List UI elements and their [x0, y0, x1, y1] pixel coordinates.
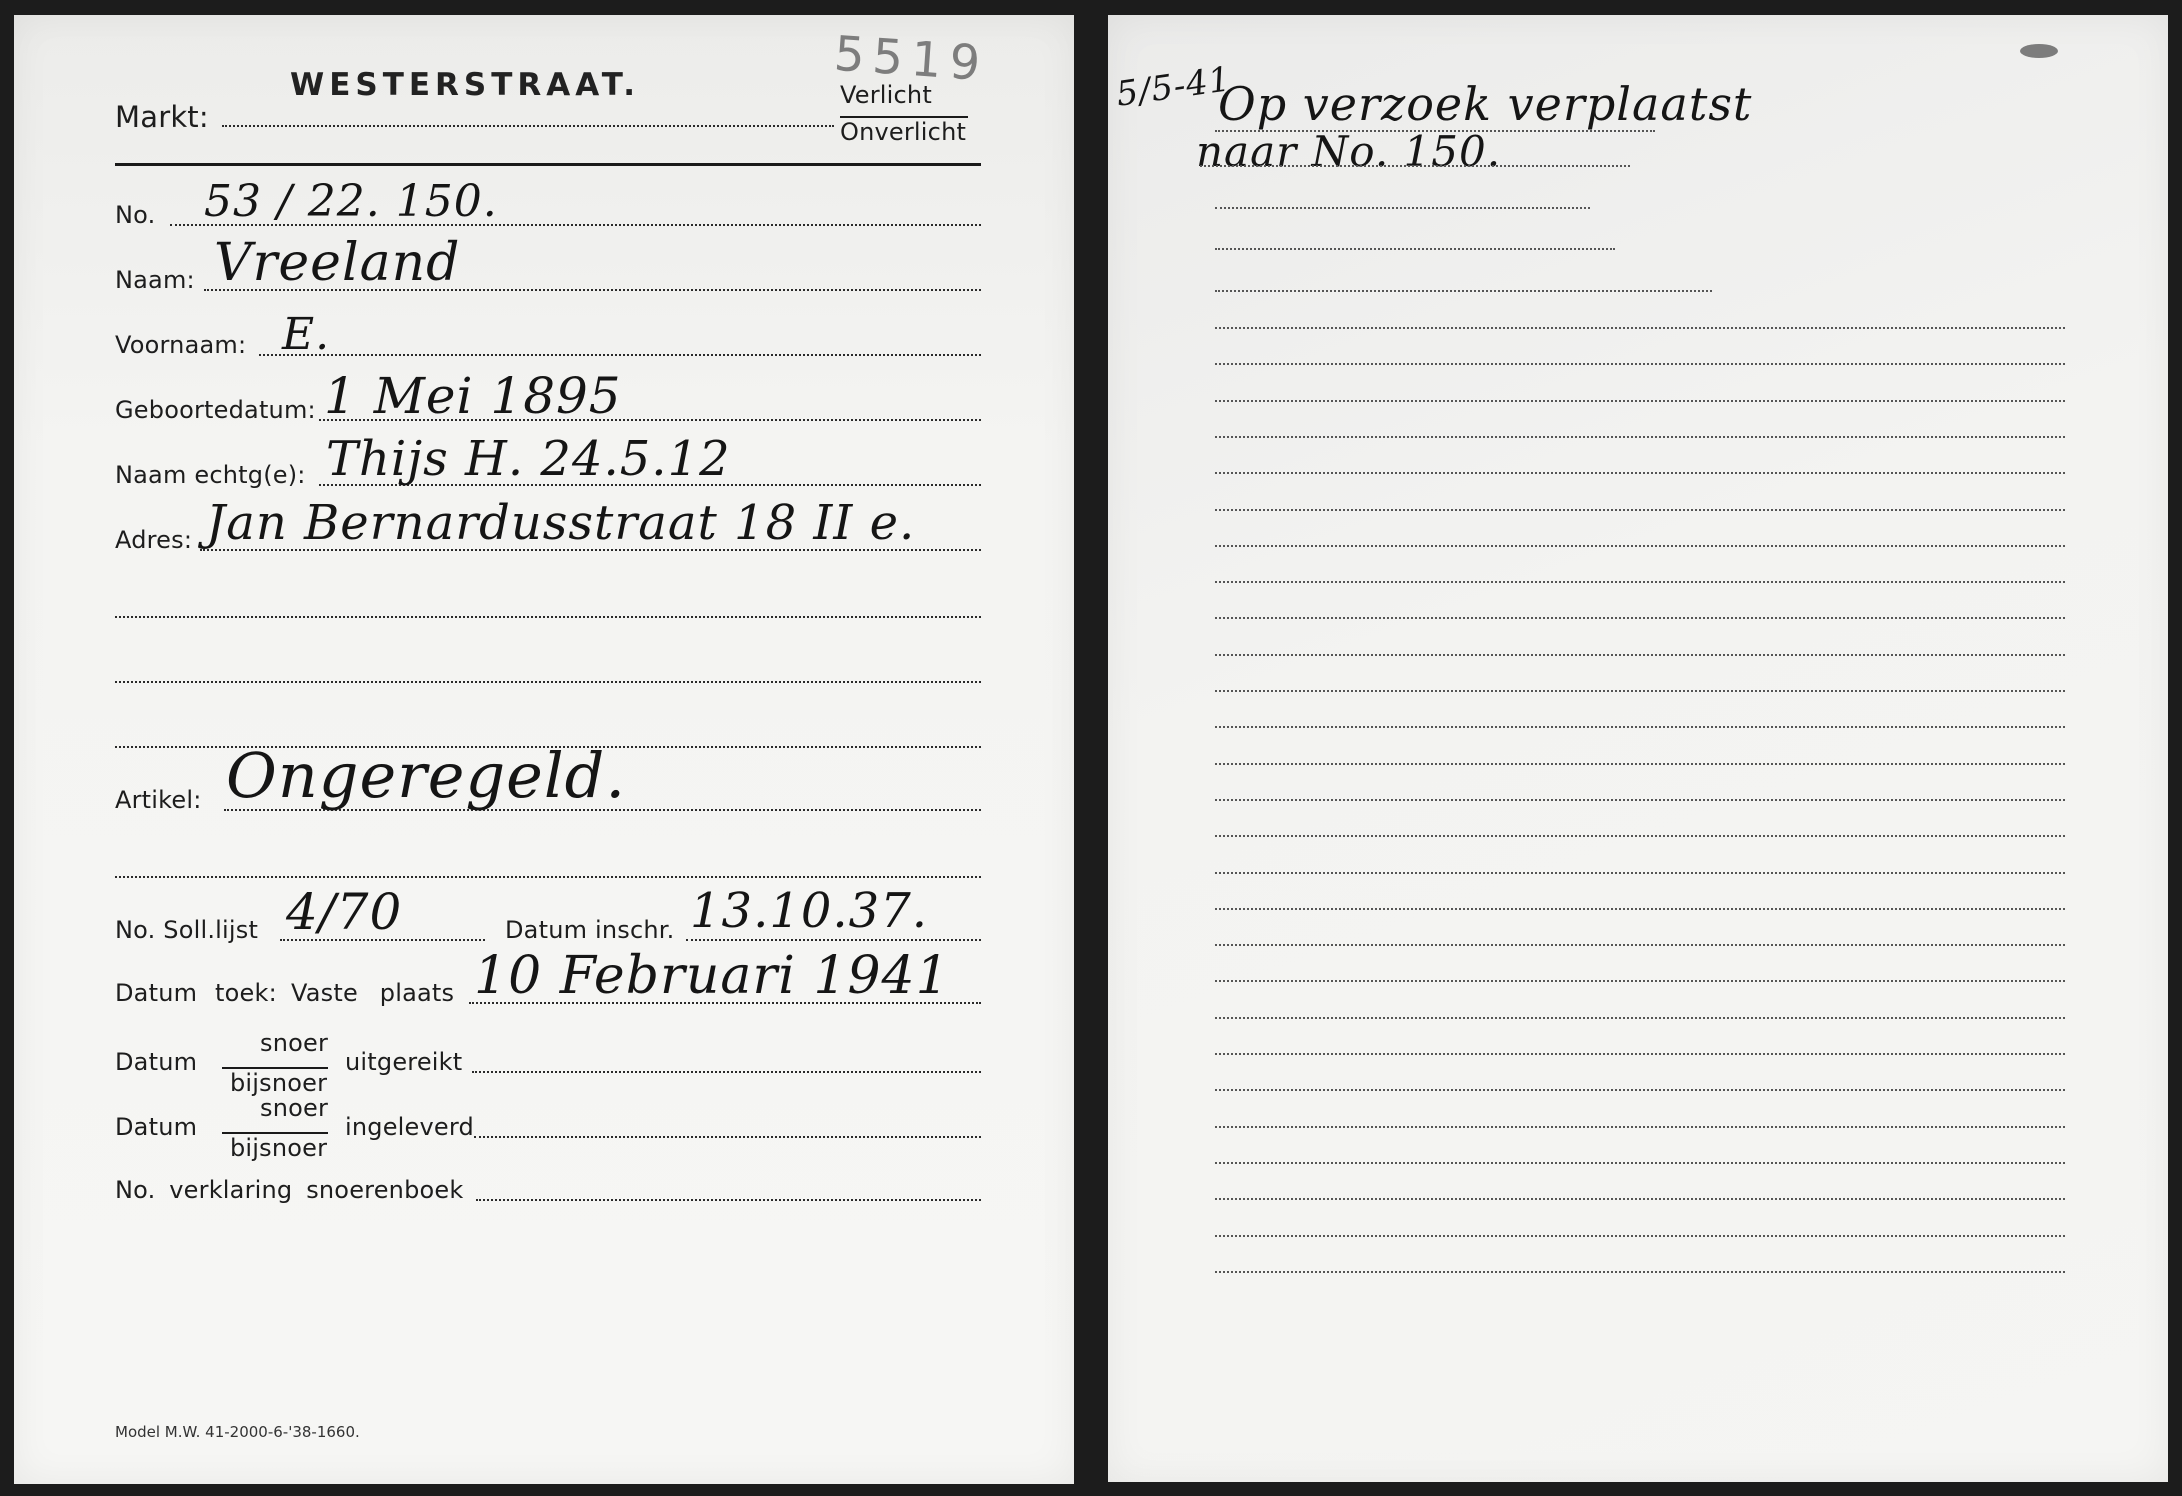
onverlicht-option: Onverlicht: [840, 120, 966, 144]
ruled-dotted-line: [1215, 726, 2065, 728]
uitgereikt-label: uitgereikt: [345, 1050, 462, 1074]
uitgereikt-dotted-line: [472, 1071, 981, 1073]
datum-inschrijving-label: Datum inschr.: [505, 918, 675, 942]
ruled-dotted-line: [1215, 472, 2065, 474]
artikel-value: Ongeregeld.: [226, 745, 626, 807]
ruled-dotted-line: [1215, 1053, 2065, 1055]
markt-label: Markt:: [115, 103, 209, 132]
ruled-dotted-line: [1215, 1198, 2065, 1200]
header-rule: [115, 163, 981, 166]
ruled-dotted-line: [1215, 654, 2065, 656]
ruled-dotted-line: [1215, 690, 2065, 692]
pencil-card-number: 5519: [833, 30, 990, 89]
ruled-dotted-line: [1215, 1271, 2065, 1273]
note-date: 5/5-41: [1114, 62, 1233, 112]
registration-card-back: 5/5-41 Op verzoek verplaatst naar No. 15…: [1108, 15, 2168, 1482]
uitgereikt-datum-label: Datum: [115, 1050, 197, 1074]
naam-echtgenoot-label: Naam echtg(e):: [115, 463, 306, 487]
naam-label: Naam:: [115, 268, 195, 292]
ruled-dotted-line: [1215, 545, 2065, 547]
datum-inschrijving-dotted-line: [686, 939, 981, 941]
datum-inschrijving-value: 13.10.37.: [690, 887, 928, 935]
ruled-dotted-line: [1215, 980, 2065, 982]
ruled-dotted-line: [1215, 763, 2065, 765]
ruled-dotted-line: [1215, 944, 2065, 946]
registration-card-front: 5519 WESTERSTRAAT. Markt: Verlicht Onver…: [14, 15, 1074, 1484]
ruled-dotted-line: [1215, 1162, 2065, 1164]
ruled-dotted-line: [1215, 327, 2065, 329]
markt-value: WESTERSTRAAT.: [290, 67, 640, 103]
datum-toek-label: Datum toek:: [115, 981, 277, 1005]
artikel-continuation-line: [115, 876, 981, 878]
markt-dotted-line: [222, 125, 834, 127]
adres-value: Jan Bernardusstraat 18 II e.: [206, 499, 915, 547]
verklaring-dotted-line: [476, 1199, 981, 1201]
ingeleverd-datum-label: Datum: [115, 1115, 197, 1139]
ruled-dotted-line: [1200, 165, 1630, 167]
geboortedatum-value: 1 Mei 1895: [324, 371, 622, 421]
ruled-dotted-line: [1215, 617, 2065, 619]
ruled-dotted-line: [1215, 835, 2065, 837]
adres-label: Adres:: [115, 528, 192, 552]
ingeleverd-bijsnoer-label: bijsnoer: [230, 1136, 327, 1160]
naam-value: Vreeland: [214, 237, 460, 289]
ruled-dotted-line: [1215, 509, 2065, 511]
naam-echtgenoot-value: Thijs H. 24.5.12: [326, 435, 731, 483]
voornaam-value: E.: [282, 313, 330, 357]
paper-stain: [2020, 44, 2058, 58]
ruled-dotted-line: [1215, 908, 2065, 910]
adres-continuation-line-1: [115, 616, 981, 618]
voornaam-dotted-line: [259, 354, 981, 356]
verlicht-option: Verlicht: [840, 83, 932, 107]
ruled-dotted-line: [1215, 248, 1615, 250]
ruled-dotted-line: [1215, 1089, 2065, 1091]
form-model-number: Model M.W. 41-2000-6-'38-1660.: [115, 1423, 360, 1441]
ruled-dotted-line: [1215, 363, 2065, 365]
ingeleverd-dotted-line: [474, 1136, 981, 1138]
ruled-dotted-line: [1215, 1017, 2065, 1019]
ruled-dotted-line: [1215, 1235, 2065, 1237]
soll-lijst-label: No. Soll.lijst: [115, 918, 258, 942]
ruled-dotted-line: [1215, 872, 2065, 874]
ruled-dotted-line: [1215, 290, 1712, 292]
ingeleverd-snoer-label: snoer: [260, 1096, 328, 1120]
artikel-label: Artikel:: [115, 788, 202, 812]
soll-lijst-value: 4/70: [286, 887, 402, 937]
no-value: 53 / 22. 150.: [204, 180, 498, 224]
adres-continuation-line-2: [115, 681, 981, 683]
ruled-dotted-line: [1215, 207, 1590, 209]
ruled-dotted-line: [1215, 799, 2065, 801]
datum-toek-value: 10 Februari 1941: [474, 950, 950, 1002]
ingeleverd-label: ingeleverd: [345, 1115, 474, 1139]
ruled-dotted-line: [1215, 400, 2065, 402]
ruled-dotted-line: [1215, 130, 1655, 132]
geboortedatum-label: Geboortedatum:: [115, 398, 316, 422]
uitgereikt-bijsnoer-label: bijsnoer: [230, 1071, 327, 1095]
note-line-1: Op verzoek verplaatst: [1218, 81, 1752, 127]
vaste-plaats-label: Vaste plaats: [291, 981, 454, 1005]
uitgereikt-snoer-label: snoer: [260, 1031, 328, 1055]
voornaam-label: Voornaam:: [115, 333, 246, 357]
no-label: No.: [115, 203, 155, 227]
ruled-dotted-line: [1215, 1126, 2065, 1128]
verklaring-label: No. verklaring snoerenboek: [115, 1178, 463, 1202]
ruled-dotted-line: [1215, 581, 2065, 583]
ruled-dotted-line: [1215, 436, 2065, 438]
